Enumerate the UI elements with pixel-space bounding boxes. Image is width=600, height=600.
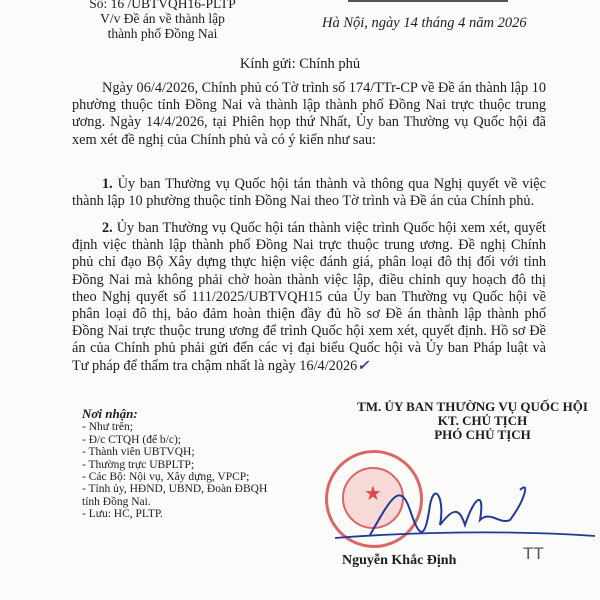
document-number: Số: 16 /UBTVQH16-PLTP bbox=[60, 0, 265, 11]
signature-role: KT. CHỦ TỊCH bbox=[360, 414, 600, 428]
recipient-item: - Tỉnh ủy, HĐND, UBND, Đoàn ĐBQH bbox=[82, 483, 267, 495]
subject-line-2: thành phố Đồng Nai bbox=[60, 26, 265, 41]
document-number-block: Số: 16 /UBTVQH16-PLTP V/v Đề án về thành… bbox=[60, 0, 265, 41]
signer-name: Nguyễn Khắc Định bbox=[342, 553, 456, 569]
signature-block: TM. ỦY BAN THƯỜNG VỤ QUỐC HỘI KT. CHỦ TỊ… bbox=[360, 400, 600, 442]
recipient-item: - Lưu: HC, PLTP. bbox=[82, 508, 267, 520]
point-2-paragraph: 2. Ủy ban Thường vụ Quốc hội tán thành v… bbox=[72, 220, 546, 375]
handwritten-signature-icon bbox=[330, 470, 600, 550]
intro-paragraph: Ngày 06/4/2026, Chính phủ có Tờ trình số… bbox=[72, 80, 546, 149]
signature-title: PHÓ CHỦ TỊCH bbox=[360, 428, 600, 442]
signature-authority: TM. ỦY BAN THƯỜNG VỤ QUỐC HỘI bbox=[340, 400, 600, 414]
recipient-item: - Các Bộ: Nội vụ, Xây dựng, VPCP; bbox=[82, 471, 267, 483]
point-1-number: 1. bbox=[102, 176, 113, 192]
place-date: Hà Nội, ngày 14 tháng 4 năm 2026 bbox=[322, 15, 527, 32]
recipient-item: - Thành viên UBTVQH; bbox=[82, 446, 267, 458]
recipient-item: - Như trên; bbox=[82, 421, 267, 433]
subject-line-1: V/v Đề án về thành lập bbox=[60, 11, 265, 26]
point-1-text: Ủy ban Thường vụ Quốc hội tán thành và t… bbox=[72, 176, 546, 209]
point-2-text: Ủy ban Thường vụ Quốc hội tán thành việc… bbox=[72, 220, 546, 374]
tt-mark: TT bbox=[523, 544, 544, 564]
recipients-block: Nơi nhận: - Như trên; - Đ/c CTQH (để b/c… bbox=[82, 408, 267, 521]
header-rule bbox=[348, 0, 508, 2]
point-2-number: 2. bbox=[102, 220, 113, 236]
recipient-item: - Đ/c CTQH (để b/c); bbox=[82, 434, 267, 446]
recipient-item: - Thường trực UBPLTP; bbox=[82, 459, 267, 471]
greeting: Kính gửi: Chính phủ bbox=[0, 56, 600, 73]
handwritten-check-icon: ✓ bbox=[357, 358, 369, 374]
recipients-title: Nơi nhận: bbox=[82, 408, 267, 420]
point-1-paragraph: 1. Ủy ban Thường vụ Quốc hội tán thành v… bbox=[72, 176, 546, 210]
recipient-item: tỉnh Đồng Nai. bbox=[82, 496, 267, 508]
intro-text: Ngày 06/4/2026, Chính phủ có Tờ trình số… bbox=[72, 80, 546, 149]
